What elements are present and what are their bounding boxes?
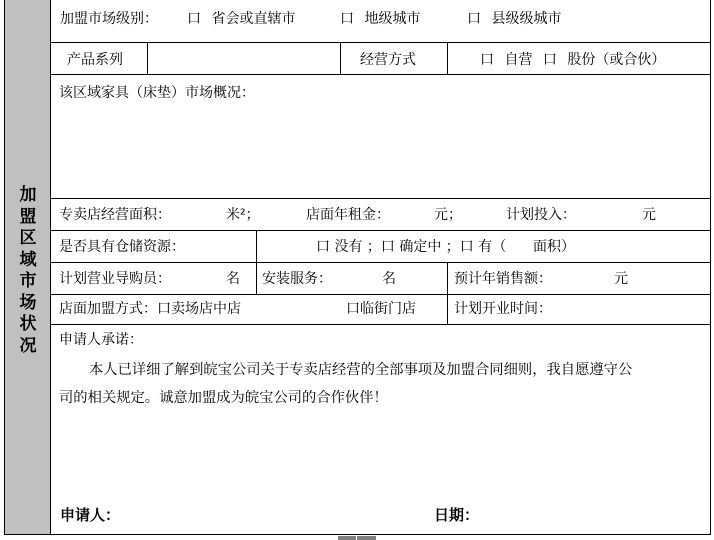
section-title-char: 域 [5,250,51,272]
date-label: 日期： [434,506,479,524]
applicant-signature-field[interactable] [126,502,406,528]
column-divider [447,42,448,74]
promise-text-line2: 司的相关规定。诚意加盟成为皖宝公司的合作伙伴！ [59,389,388,407]
checkbox-icon[interactable]: 口 [543,52,557,68]
section-title-char: 况 [5,336,51,358]
date-field[interactable] [482,502,702,528]
store-type-street-option[interactable]: 口临街门店 [346,300,416,318]
install-service-label: 安装服务： [262,270,332,288]
annual-sales-label: 预计年销售额： [454,270,552,288]
annual-sales-unit: 元 [614,270,628,288]
page-scroll-marker [338,536,376,540]
column-divider [256,230,257,294]
form-table [4,0,711,535]
product-series-label: 产品系列 [67,51,123,69]
market-overview-field[interactable] [53,106,708,196]
annual-rent-unit: 元； [434,206,462,224]
promise-heading: 申请人承诺： [59,331,143,349]
market-level-option-prefecture[interactable]: 口 地级城市 [340,10,420,28]
option-shareholding[interactable]: 股份（或合伙） [567,52,665,68]
annual-rent-label: 店面年租金： [306,206,390,224]
sales-guide-unit: 名 [226,270,240,288]
row-divider [51,42,711,43]
operating-mode-label: 经营方式 [360,51,416,69]
column-divider [447,262,448,324]
planned-opening-label: 计划开业时间： [454,300,552,318]
sales-guide-label: 计划营业导购员： [59,270,171,288]
section-header-column: 加 盟 区 域 市 场 状 况 [5,0,51,534]
row-divider [51,230,711,231]
market-level-label: 加盟市场级别： [60,10,158,28]
checkbox-icon[interactable]: 口 [467,11,481,27]
row-divider [51,324,711,325]
planned-investment-unit: 元 [642,206,656,224]
checkbox-icon[interactable]: 口 [187,11,201,27]
section-title-char: 状 [5,314,51,336]
checkbox-icon[interactable]: 口 [340,11,354,27]
section-title-char: 市 [5,271,51,293]
checkbox-icon[interactable]: 口 [480,52,494,68]
section-title-char: 加 [5,185,51,207]
planned-investment-label: 计划投入： [506,206,576,224]
operating-mode-options: 口 自营 口 股份（或合伙） [480,51,665,69]
section-title: 加 盟 区 域 市 场 状 况 [5,185,51,357]
storage-options[interactable]: 口 没有 ；口 确定中 ；口 有（ 面积） [316,238,575,256]
applicant-label: 申请人： [60,506,120,524]
section-title-char: 区 [5,228,51,250]
section-title-char: 场 [5,293,51,315]
promise-text-line1: 本人已详细了解到皖宝公司关于专卖店经营的全部事项及加盟合同细则，我自愿遵守公 [89,361,632,379]
column-divider [340,42,341,74]
option-label: 省会或直辖市 [211,11,295,27]
storage-label: 是否具有仓储资源： [59,238,185,256]
market-overview-label: 该区域家具（床垫）市场概况： [59,84,255,102]
product-series-field[interactable] [150,45,338,73]
option-label: 县级级城市 [491,11,561,27]
row-divider [51,294,711,295]
market-level-option-county[interactable]: 口 县级级城市 [467,10,561,28]
store-area-unit: 米²； [226,206,260,224]
option-label: 地级城市 [364,11,420,27]
store-type-label[interactable]: 店面加盟方式：口卖场店中店 [59,300,241,318]
market-level-option-provincial[interactable]: 口 省会或直辖市 [187,10,295,28]
install-service-unit: 名 [382,270,396,288]
option-self-operated[interactable]: 自营 [504,52,532,68]
section-title-char: 盟 [5,207,51,229]
column-divider [147,42,148,74]
store-area-label: 专卖店经营面积： [59,206,171,224]
row-divider [51,198,711,199]
row-divider [51,74,711,75]
row-divider [51,262,711,263]
